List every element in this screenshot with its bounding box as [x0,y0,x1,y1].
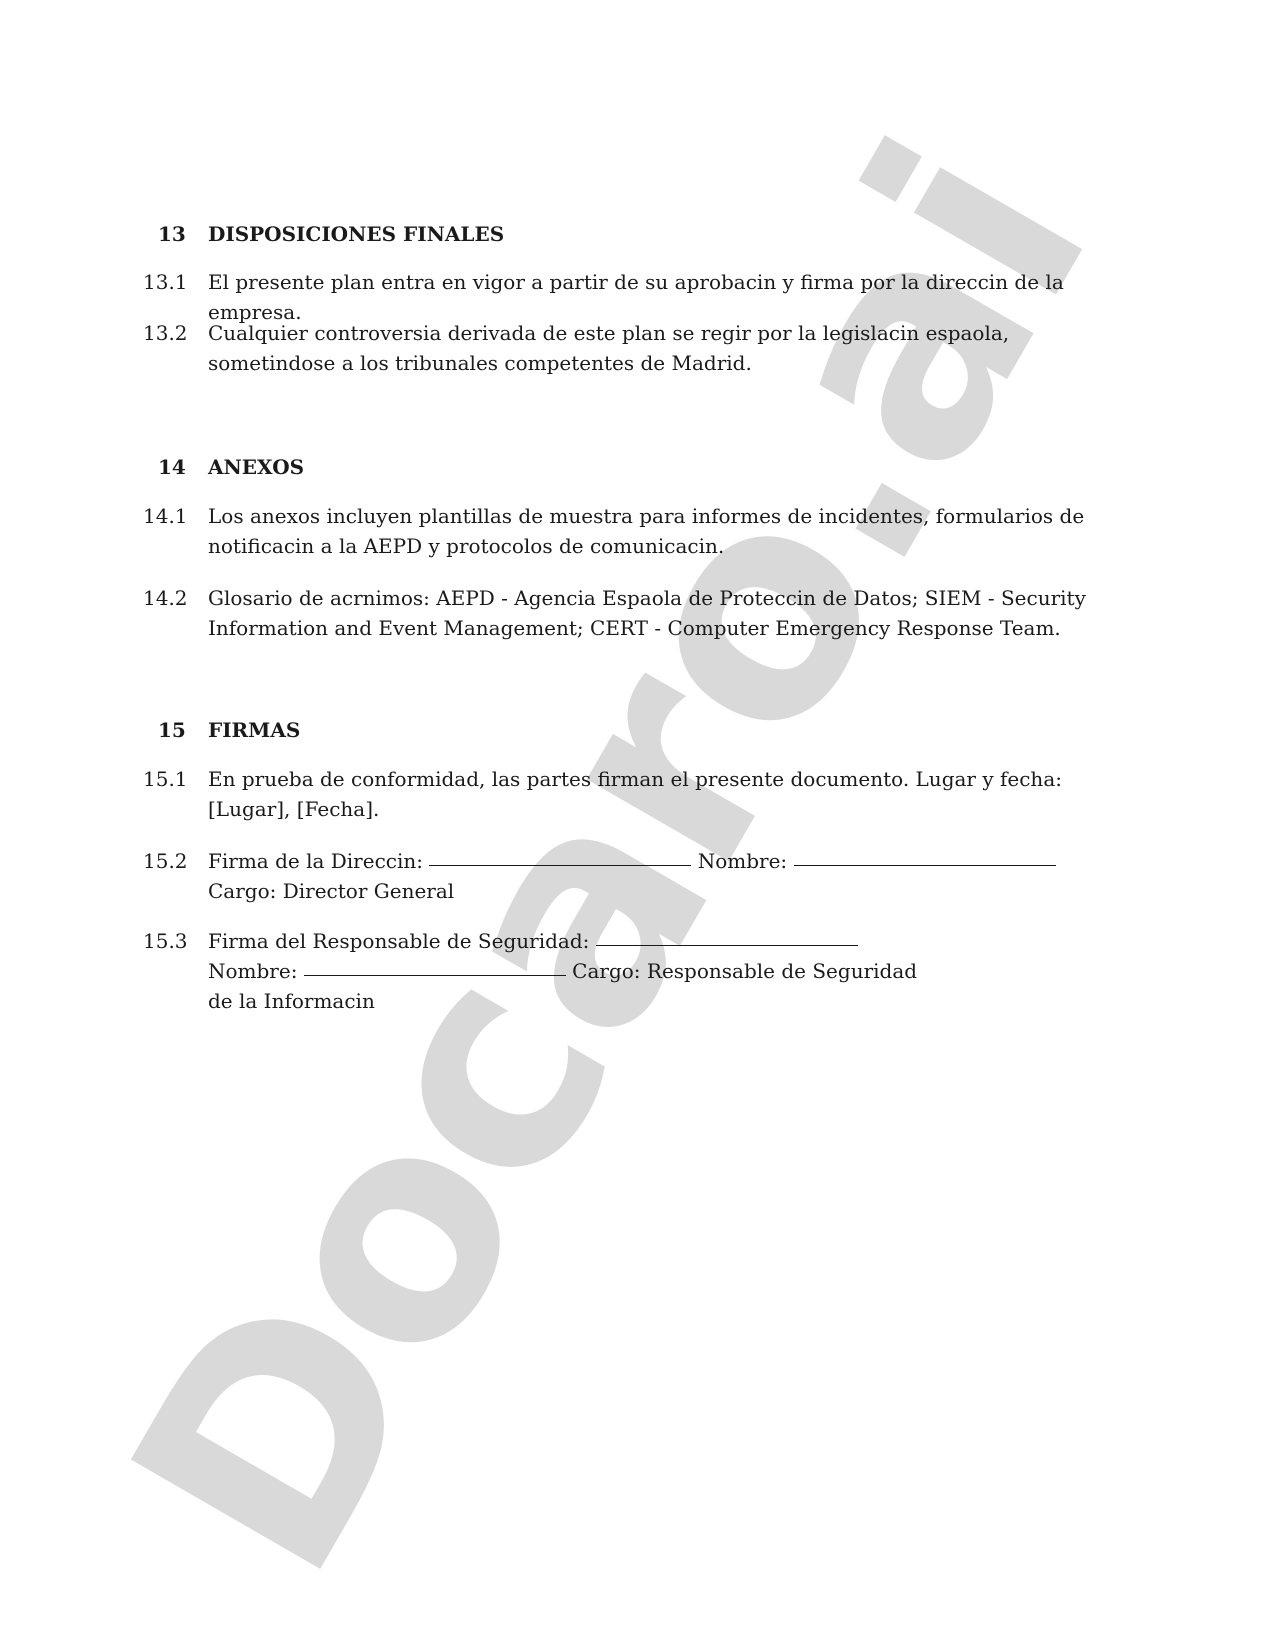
clause-number: 15.1 [143,764,188,794]
section-title: DISPOSICIONES FINALES [208,222,504,246]
signature-label: Firma del Responsable de Seguridad: [208,929,589,953]
clause-text: Firma del Responsable de Seguridad: Nomb… [208,926,928,1016]
signature-line [596,944,858,946]
section-title: ANEXOS [208,455,304,479]
clause-text: Firma de la Direccin: Nombre: Cargo: Dir… [208,846,1118,906]
cargo-text: Cargo: Director General [208,879,454,903]
cargo-text: Cargo: Responsable de Seguridad de la In… [208,959,917,1013]
clause-number: 13.1 [143,267,188,297]
name-label: Nombre: [698,849,787,873]
section-number: 14 [158,455,186,479]
name-label: Nombre: [208,959,297,983]
name-line [794,864,1056,866]
signature-label: Firma de la Direccin: [208,849,423,873]
section-title: FIRMAS [208,718,300,742]
section-number: 13 [158,222,186,246]
clause-text: Glosario de acrnimos: AEPD - Agencia Esp… [208,583,1118,643]
clause-text: En prueba de conformidad, las partes fir… [208,764,1118,824]
name-line [304,974,566,976]
clause-number: 15.3 [143,926,188,956]
clause-number: 15.2 [143,846,188,876]
clause-text: Los anexos incluyen plantillas de muestr… [208,501,1118,561]
clause-text: Cualquier controversia derivada de este … [208,318,1118,378]
document-page: Docaro.ai 13 DISPOSICIONES FINALES 13.1 … [0,0,1275,1650]
section-number: 15 [158,718,186,742]
clause-number: 14.1 [143,501,188,531]
clause-number: 13.2 [143,318,188,348]
clause-number: 14.2 [143,583,188,613]
signature-line [429,864,691,866]
